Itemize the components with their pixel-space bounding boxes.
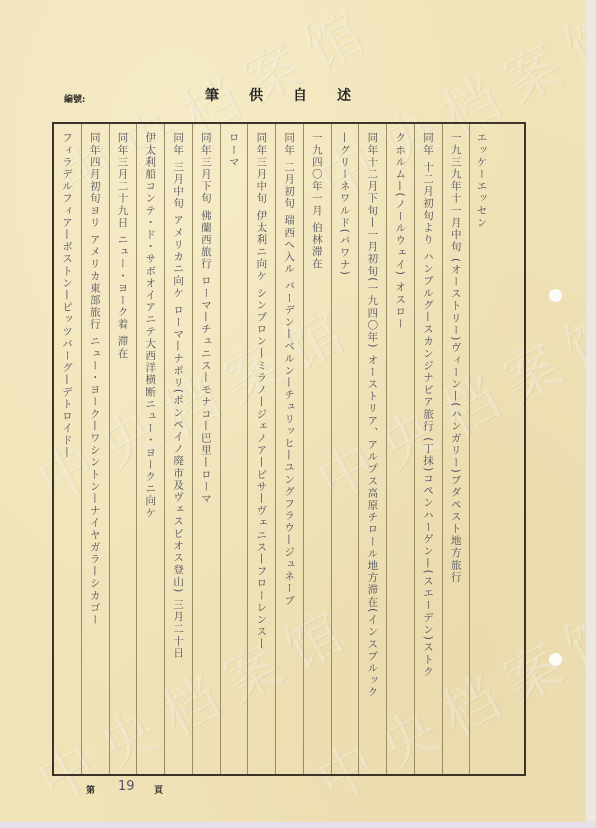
page-number-prefix: 第 [86,783,95,796]
handwritten-line: 同年十二月下旬—一月初旬(一九四〇年) オーストリア、アルプス高原チロール地方滞… [365,132,379,699]
manuscript-column: —グリーネワルド(バワナ) [332,124,360,774]
handwritten-line: ローマ [227,132,241,168]
manuscript-column: エッケーエッセン [470,124,524,774]
handwritten-line: 同年 二月初旬 瑞西へ入ル バーデン—ベルン—チュリッヒ—ユングフラウ—ジュネー… [282,132,296,607]
handwritten-line: 伊太利船コンテ・ド・サボオイアニテ大西洋横断ニュー・ヨークニ向ケ [143,132,157,519]
handwritten-line: 一九四〇年一月 伯林滞在 [310,132,324,270]
handwritten-line: 同年三月中旬 伊太利ニ向ケ シンプロン—ミラノ—ジェノア—ピサ—ヴェニス—フロー… [254,132,268,650]
scan-bottom-edge [0,822,596,828]
page-number: 19 [118,779,135,794]
document-page: 中央档案馆 中央档案馆 中央档案馆 中央档案馆 中央档案馆 中央档案馆 編號: … [0,0,586,822]
page-number-suffix: 頁 [154,783,163,796]
manuscript-column: ローマ [221,124,249,774]
handwritten-line: フィラデルフィア—ボストン—ピッツバーグ—デトロイド— [60,132,74,459]
handwritten-line: 一九三九年十一月中旬 (オーストリー)ヴィーン—(ハンガリー)ブダペスト地方旅行 [449,132,463,583]
document-number-label: 編號: [64,92,85,105]
manuscript-column: 同年 二月初旬 瑞西へ入ル バーデン—ベルン—チュリッヒ—ユングフラウ—ジュネー… [276,124,304,774]
manuscript-column: クホルム—(ノールウェイ) オスロー [387,124,415,774]
handwritten-line: —グリーネワルド(バワナ) [338,132,352,277]
manuscript-column: 同年十二月下旬—一月初旬(一九四〇年) オーストリア、アルプス高原チロール地方滞… [359,124,387,774]
page-edge [586,0,596,828]
binding-hole [549,653,562,666]
manuscript-column: 一九三九年十一月中旬 (オーストリー)ヴィーン—(ハンガリー)ブダペスト地方旅行 [443,124,471,774]
binding-hole [549,289,562,302]
manuscript-column: 同年 三月中旬 アメリカニ向ケ ローマ—ナポリ(ポンペイノ廃市及ヴェスビオス登山… [165,124,193,774]
handwritten-line: 同年三月二十九日 ニュー・ヨーク着 滞在 [116,132,130,360]
document-title: 筆供自述 [205,85,381,105]
manuscript-column: 同年 十二月初旬より ハンブルグ—スカンジナビア旅行 (丁抹)コペンハーゲン—(… [415,124,443,774]
manuscript-column: 同年三月中旬 伊太利ニ向ケ シンプロン—ミラノ—ジェノア—ピサ—ヴェニス—フロー… [248,124,276,774]
handwritten-line: 同年 三月中旬 アメリカニ向ケ ローマ—ナポリ(ポンペイノ廃市及ヴェスビオス登山… [171,132,185,659]
manuscript-column: フィラデルフィア—ボストン—ピッツバーグ—デトロイド— [54,124,82,774]
handwritten-line: 同年四月初旬ヨリ アメリカ東部旅行 ニュー・ヨーク—ワシントン—ナイヤガラ—シカ… [88,132,102,626]
manuscript-column: 伊太利船コンテ・ド・サボオイアニテ大西洋横断ニュー・ヨークニ向ケ [137,124,165,774]
handwritten-line: エッケーエッセン [474,132,488,229]
manuscript-column: 同年三月二十九日 ニュー・ヨーク着 滞在 [110,124,138,774]
manuscript-grid: フィラデルフィア—ボストン—ピッツバーグ—デトロイド—同年四月初旬ヨリ アメリカ… [52,122,526,776]
handwritten-line: 同年三月下旬 佛蘭西旅行 ローマ—チュニス—モナコ—巴里—ローマ [199,132,213,505]
manuscript-column: 同年三月下旬 佛蘭西旅行 ローマ—チュニス—モナコ—巴里—ローマ [193,124,221,774]
handwritten-line: 同年 十二月初旬より ハンブルグ—スカンジナビア旅行 (丁抹)コペンハーゲン—(… [421,132,435,678]
manuscript-column: 同年四月初旬ヨリ アメリカ東部旅行 ニュー・ヨーク—ワシントン—ナイヤガラ—シカ… [82,124,110,774]
manuscript-column: 一九四〇年一月 伯林滞在 [304,124,332,774]
handwritten-line: クホルム—(ノールウェイ) オスロー [393,132,407,330]
